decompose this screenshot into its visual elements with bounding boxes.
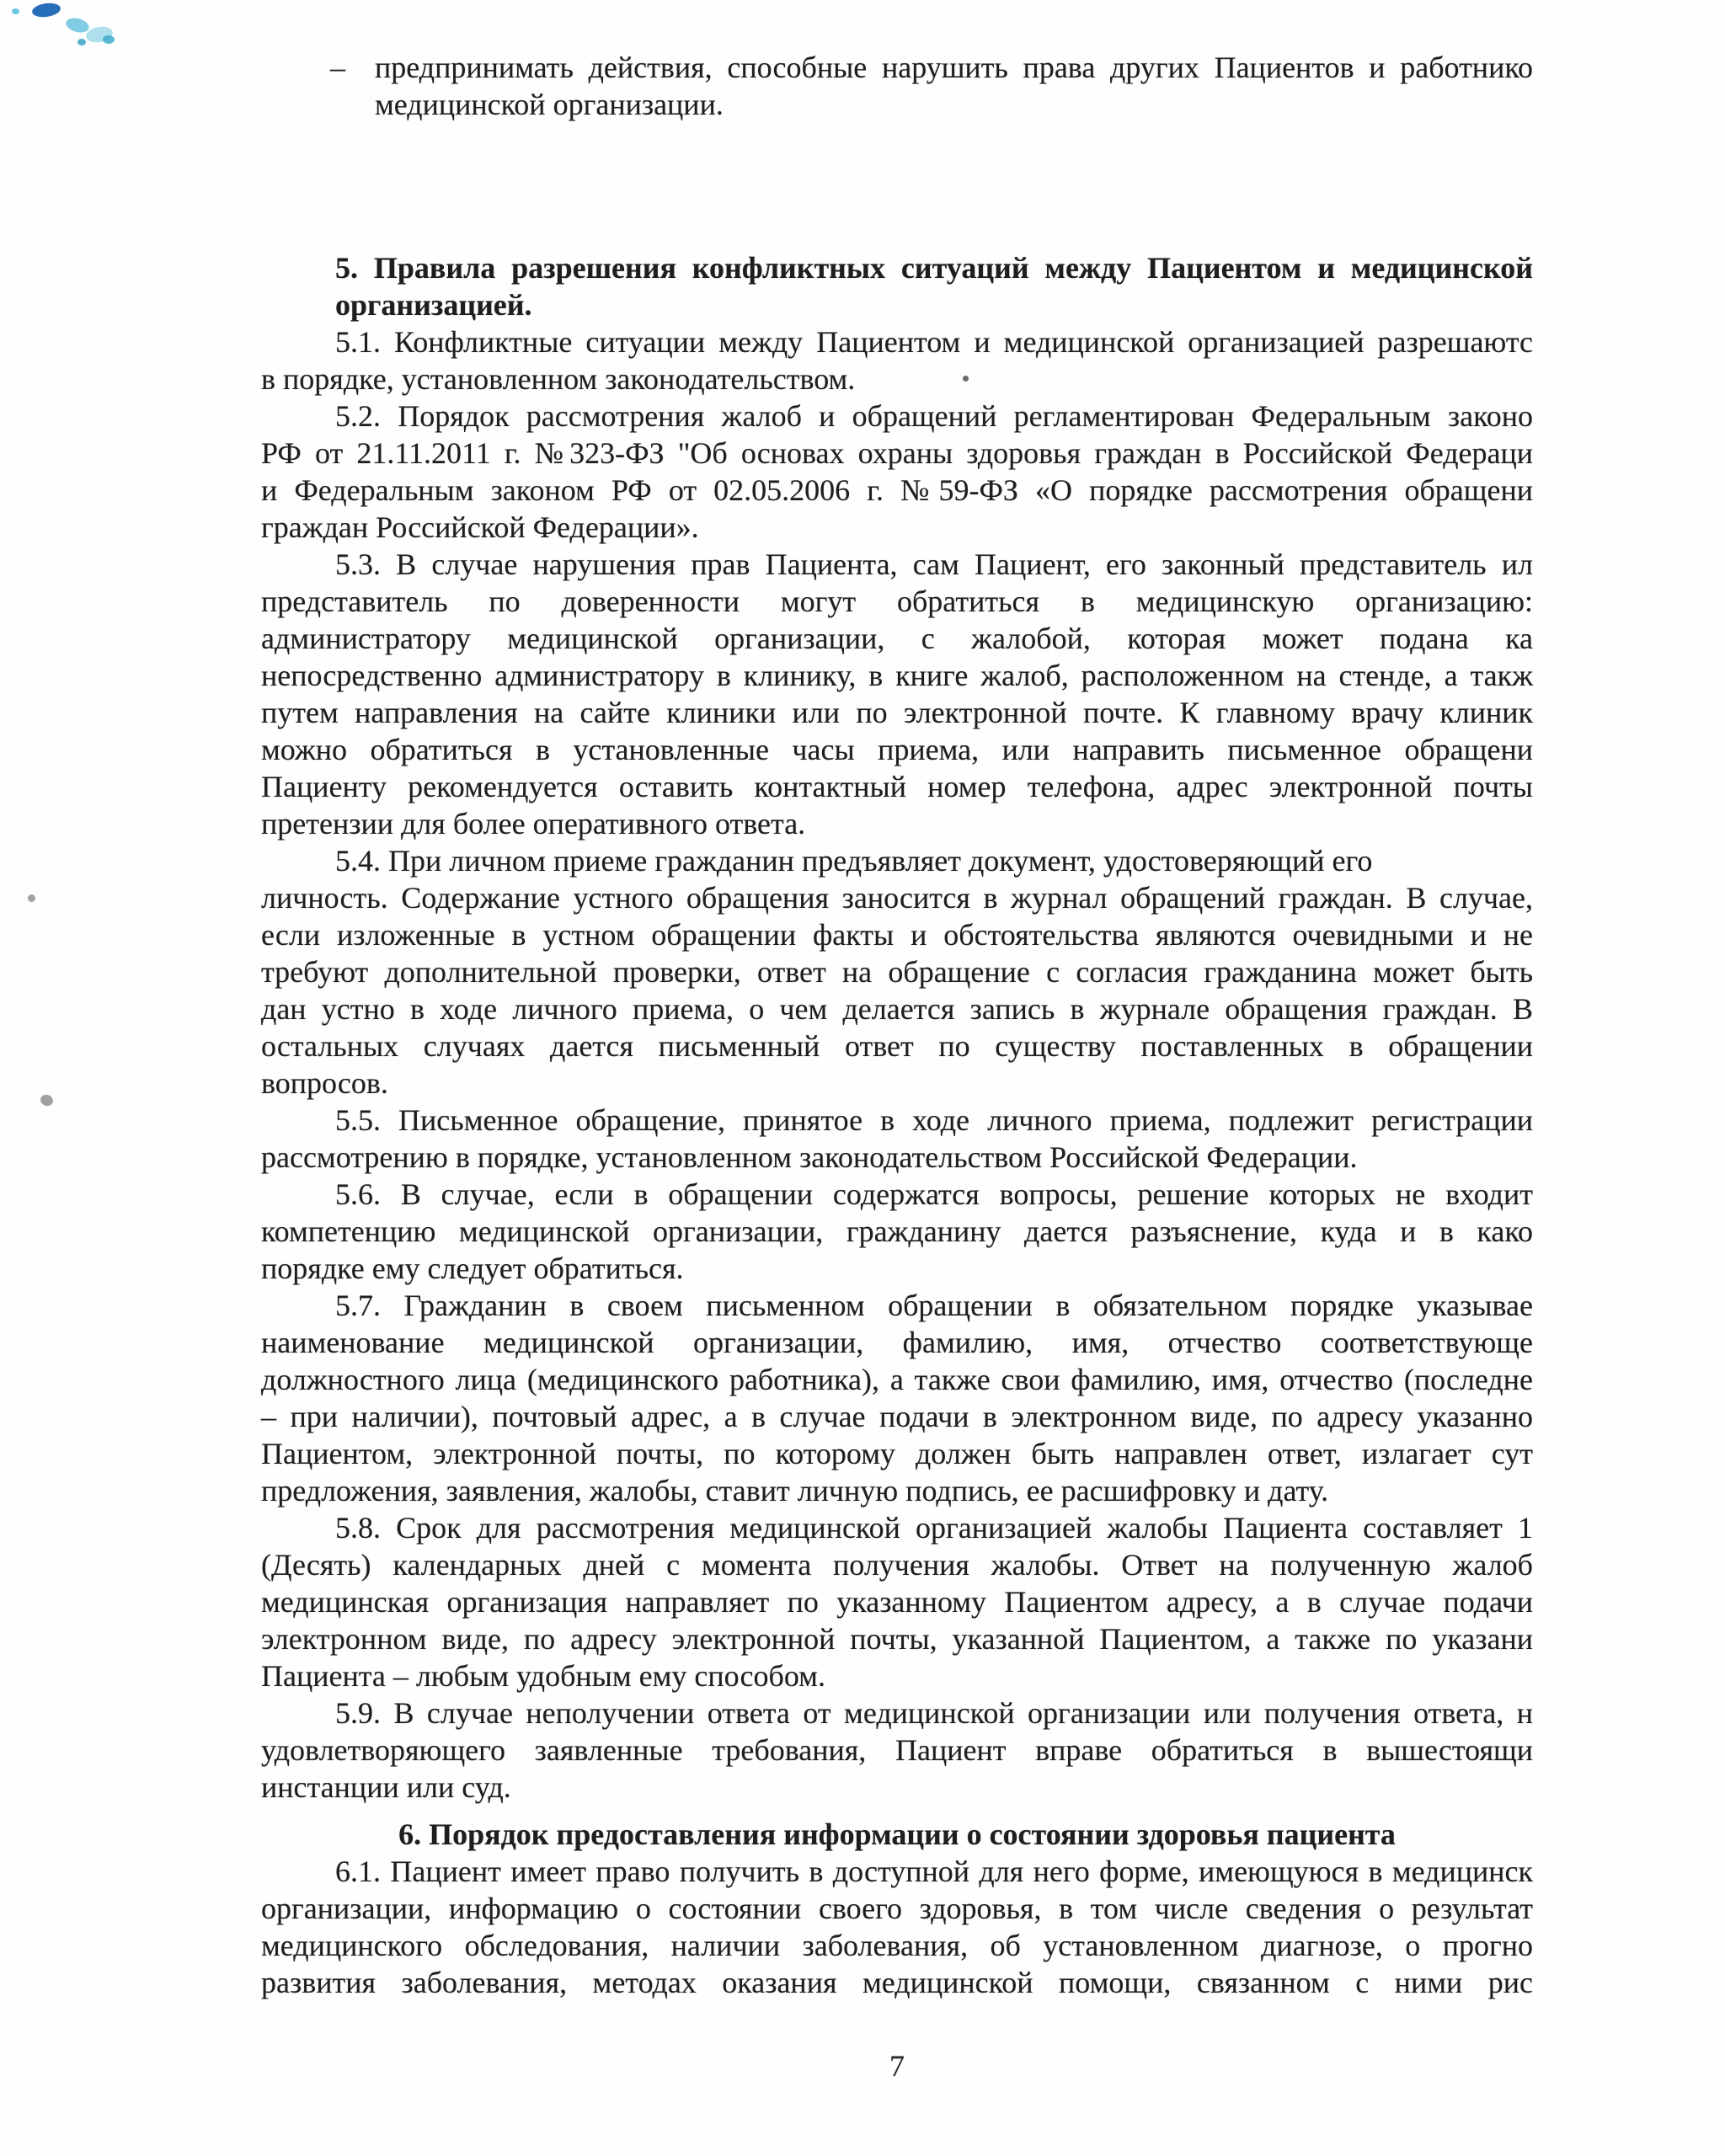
bullet-dash: – — [330, 49, 345, 86]
text-line: порядке ему следует обратиться. — [261, 1250, 1533, 1287]
text-line: личность. Содержание устного обращения з… — [261, 879, 1533, 916]
section-5-heading: 5. Правила разрешения конфликтных ситуац… — [335, 249, 1533, 323]
text-line: 5.9. В случае неполучении ответа от меди… — [261, 1694, 1533, 1732]
text-line: 5.6. В случае, если в обращении содержат… — [261, 1176, 1533, 1213]
text-line: рассмотрению в порядке, установленном за… — [261, 1139, 1533, 1176]
gray-speck — [28, 894, 35, 902]
list-item-continuation: –предпринимать действия, способные наруш… — [330, 49, 1533, 123]
text-line: наименование медицинской организации, фа… — [261, 1324, 1533, 1361]
clause-5-8: 5.8. Срок для рассмотрения медицинской о… — [261, 1509, 1533, 1694]
text-line: путем направления на сайте клиники или п… — [261, 694, 1533, 731]
text-line: медицинской организации. — [375, 86, 1533, 123]
text-line: 5.2. Порядок рассмотрения жалоб и обраще… — [261, 398, 1533, 435]
ink-blot-blue — [31, 2, 61, 19]
text-line: администратору медицинской организации, … — [261, 620, 1533, 657]
text-line: 5.3. В случае нарушения прав Пациента, с… — [261, 546, 1533, 583]
text-line: компетенцию медицинской организации, гра… — [261, 1213, 1533, 1250]
text-line: можно обратиться в установленные часы пр… — [261, 731, 1533, 768]
clause-5-2: 5.2. Порядок рассмотрения жалоб и обраще… — [261, 398, 1533, 546]
text-line: 5.7. Гражданин в своем письменном обраще… — [261, 1287, 1533, 1324]
document-text: –предпринимать действия, способные наруш… — [261, 49, 1533, 2001]
text-line: РФ от 21.11.2011 г. №323-ФЗ "Об основах … — [261, 435, 1533, 472]
document-page: –предпринимать действия, способные наруш… — [0, 0, 1725, 2156]
text-line: непосредственно администратору в клинику… — [261, 657, 1533, 694]
gray-speck — [39, 1093, 55, 1107]
text-line: если изложенные в устном обращении факты… — [261, 916, 1533, 953]
text-line: 5.8. Срок для рассмотрения медицинской о… — [261, 1509, 1533, 1546]
text-line: медицинская организация направляет по ук… — [261, 1583, 1533, 1620]
text-line: предпринимать действия, способные наруши… — [375, 49, 1533, 86]
text-line: Пациента – любым удобным ему способом. — [261, 1657, 1533, 1694]
clause-5-5: 5.5. Письменное обращение, принятое в хо… — [261, 1102, 1533, 1176]
clause-5-3: 5.3. В случае нарушения прав Пациента, с… — [261, 546, 1533, 842]
clause-5-1: 5.1. Конфликтные ситуации между Пациенто… — [261, 323, 1533, 398]
text-line: и Федеральным законом РФ от 02.05.2006 г… — [261, 472, 1533, 509]
text-line: инстанции или суд. — [261, 1769, 1533, 1806]
text-line: 6.1. Пациент имеет право получить в дост… — [261, 1853, 1533, 1890]
text-line: 5.1. Конфликтные ситуации между Пациенто… — [261, 323, 1533, 360]
text-line: медицинского обследования, наличии забол… — [261, 1927, 1533, 1964]
text-line: представитель по доверенности могут обра… — [261, 583, 1533, 620]
clause-5-4: 5.4. При личном приеме гражданин предъяв… — [261, 842, 1533, 1102]
text-line: (Десять) календарных дней с момента полу… — [261, 1546, 1533, 1583]
text-line: должностного лица (медицинского работник… — [261, 1361, 1533, 1398]
section-6-heading: 6. Порядок предоставления информации о с… — [261, 1816, 1533, 1853]
text-line: развития заболевания, методах оказания м… — [261, 1964, 1533, 2001]
clause-5-7: 5.7. Гражданин в своем письменном обраще… — [261, 1287, 1533, 1509]
text-line: граждан Российской Федерации». — [261, 509, 1533, 546]
text-line: – при наличии), почтовый адрес, а в случ… — [261, 1398, 1533, 1435]
clause-5-9: 5.9. В случае неполучении ответа от меди… — [261, 1694, 1533, 1806]
text-line: требуют дополнительной проверки, ответ н… — [261, 953, 1533, 990]
clause-5-6: 5.6. В случае, если в обращении содержат… — [261, 1176, 1533, 1287]
text-line: в порядке, установленном законодательств… — [261, 360, 1533, 398]
text-line: остальных случаях дается письменный отве… — [261, 1027, 1533, 1065]
ink-speck-teal — [103, 35, 115, 44]
ink-speck-teal — [77, 39, 86, 45]
clause-6-1: 6.1. Пациент имеет право получить в дост… — [261, 1853, 1533, 2001]
text-line: 5.4. При личном приеме гражданин предъяв… — [261, 842, 1533, 879]
text-line: Пациенту рекомендуется оставить контактн… — [261, 768, 1533, 805]
ink-speck-teal — [12, 8, 19, 14]
text-line: электронном виде, по адресу электронной … — [261, 1620, 1533, 1657]
text-line: организации, информацию о состоянии свое… — [261, 1890, 1533, 1927]
text-line: предложения, заявления, жалобы, ставит л… — [261, 1472, 1533, 1509]
text-line: 5. Правила разрешения конфликтных ситуац… — [335, 249, 1533, 286]
text-line: вопросов. — [261, 1065, 1533, 1102]
text-line: 6. Порядок предоставления информации о с… — [261, 1816, 1533, 1853]
page-number: 7 — [261, 2048, 1533, 2084]
text-line: Пациентом, электронной почты, по котором… — [261, 1435, 1533, 1472]
text-line: организацией. — [335, 286, 1533, 323]
text-line: удовлетворяющего заявленные требования, … — [261, 1732, 1533, 1769]
text-line: 5.5. Письменное обращение, принятое в хо… — [261, 1102, 1533, 1139]
text-line: претензии для более оперативного ответа. — [261, 805, 1533, 842]
text-line: дан устно в ходе личного приема, о чем д… — [261, 990, 1533, 1027]
